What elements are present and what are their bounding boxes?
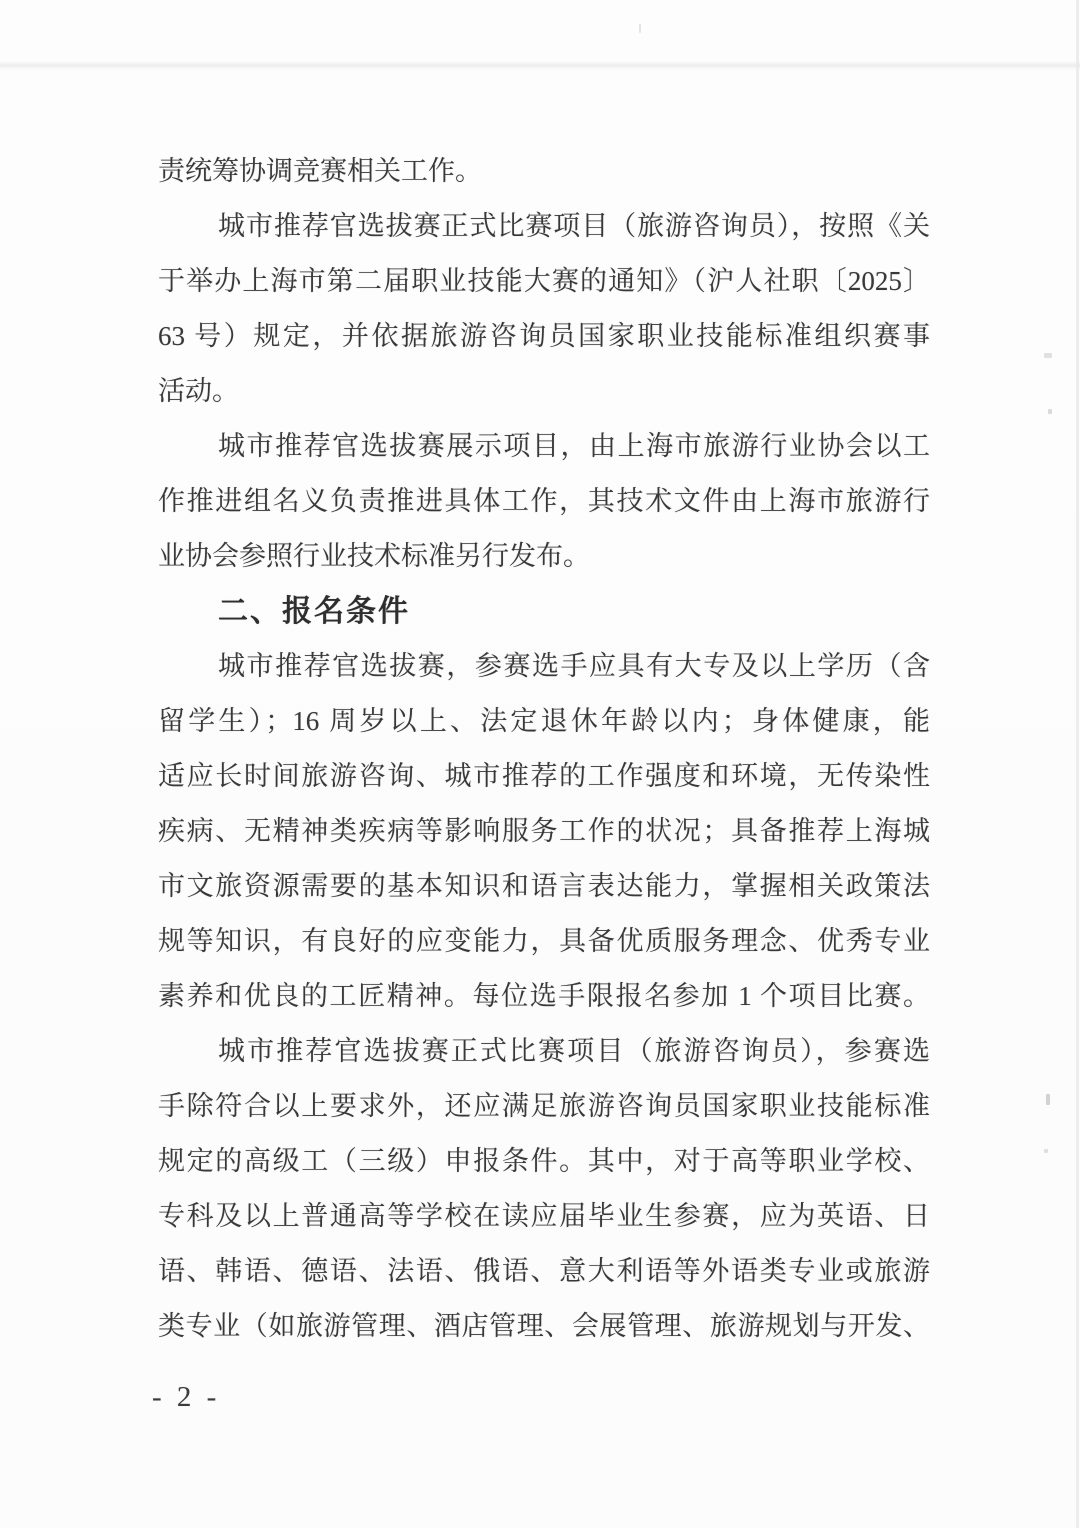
document-line: 城市推荐官选拔赛展示项目，由上海市旅游行业协会以工 [158, 419, 930, 474]
document-line: 疾病、无精神类疾病等影响服务工作的状况；具备推荐上海城 [158, 804, 930, 859]
scan-artifact [1044, 1149, 1048, 1153]
document-line: 业协会参照行业技术标准另行发布。 [158, 529, 930, 584]
document-line: 语、韩语、德语、法语、俄语、意大利语等外语类专业或旅游 [158, 1244, 930, 1299]
document-line: 素养和优良的工匠精神。每位选手限报名参加 1 个项目比赛。 [158, 969, 930, 1024]
document-line: 于举办上海市第二届职业技能大赛的通知》（沪人社职〔2025〕 [158, 254, 930, 309]
document-line: 类专业（如旅游管理、酒店管理、会展管理、旅游规划与开发、 [158, 1299, 930, 1354]
document-line: 责统筹协调竞赛相关工作。 [158, 144, 930, 199]
scan-artifact [639, 24, 641, 33]
page-edge-shadow [1076, 0, 1079, 1528]
scan-fold-line [0, 61, 1080, 71]
document-page: 责统筹协调竞赛相关工作。 城市推荐官选拔赛正式比赛项目（旅游咨询员），按照《关 … [0, 0, 1080, 1528]
scan-artifact [1046, 1094, 1050, 1105]
page-number: - 2 - [152, 1372, 220, 1422]
document-line: 市文旅资源需要的基本知识和语言表达能力，掌握相关政策法 [158, 859, 930, 914]
scan-artifact [1044, 353, 1052, 358]
document-line: 适应长时间旅游咨询、城市推荐的工作强度和环境，无传染性 [158, 749, 930, 804]
document-line: 作推进组名义负责推进具体工作，其技术文件由上海市旅游行 [158, 474, 930, 529]
scan-artifact [1048, 409, 1052, 414]
document-line: 规定的高级工（三级）申报条件。其中，对于高等职业学校、 [158, 1134, 930, 1189]
document-line: 63 号）规定，并依据旅游咨询员国家职业技能标准组织赛事 [158, 309, 930, 364]
document-line: 留学生）；16 周岁以上、法定退休年龄以内；身体健康，能 [158, 694, 930, 749]
document-line: 城市推荐官选拔赛，参赛选手应具有大专及以上学历（含 [158, 639, 930, 694]
document-line: 专科及以上普通高等学校在读应届毕业生参赛，应为英语、日 [158, 1189, 930, 1244]
document-line: 手除符合以上要求外，还应满足旅游咨询员国家职业技能标准 [158, 1079, 930, 1134]
document-body: 责统筹协调竞赛相关工作。 城市推荐官选拔赛正式比赛项目（旅游咨询员），按照《关 … [158, 144, 930, 1354]
section-heading: 二、报名条件 [158, 584, 930, 639]
document-line: 规等知识，有良好的应变能力，具备优质服务理念、优秀专业 [158, 914, 930, 969]
document-line: 活动。 [158, 364, 930, 419]
document-line: 城市推荐官选拔赛正式比赛项目（旅游咨询员），参赛选 [158, 1024, 930, 1079]
document-line: 城市推荐官选拔赛正式比赛项目（旅游咨询员），按照《关 [158, 199, 930, 254]
